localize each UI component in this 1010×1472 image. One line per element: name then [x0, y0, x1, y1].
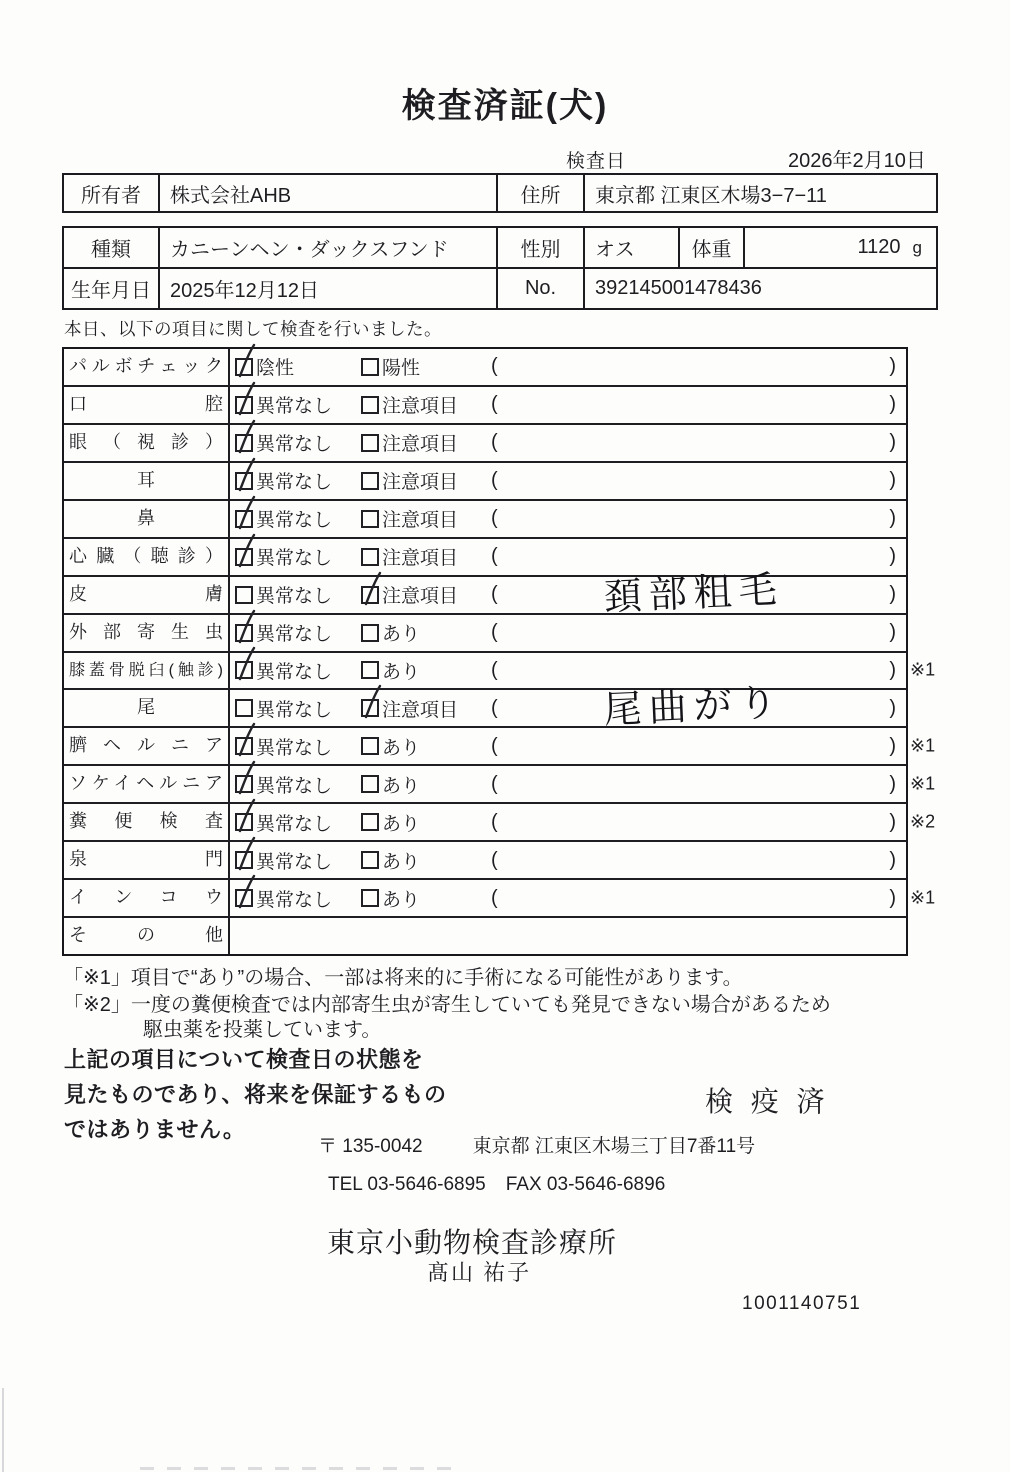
reference-mark: ※2: [906, 812, 950, 833]
option2-label: 注意項目: [382, 429, 458, 456]
paren-close: ): [889, 545, 896, 568]
option2-checkbox[interactable]: [361, 472, 379, 490]
option2-checkbox[interactable]: [361, 358, 379, 376]
option2-group: あり: [361, 657, 491, 684]
option2-label: 注意項目: [382, 543, 458, 570]
paren-open: (: [491, 507, 498, 530]
exam-table: パルボチェック陰性陽性()口腔異常なし注意項目()眼（視診）異常なし注意項目()…: [62, 347, 908, 956]
option2-group: 注意項目: [361, 505, 491, 532]
exam-row-body: 異常なし注意項目(): [230, 501, 906, 537]
owner-label: 所有者: [64, 175, 160, 211]
exam-row-body: 異常なしあり(): [230, 880, 906, 916]
handwritten-note: [498, 660, 889, 677]
handwritten-note: 尾曲がり: [497, 683, 890, 730]
clinic-fax: FAX 03-5646-6896: [506, 1174, 666, 1196]
handwritten-check-icon: [234, 839, 258, 873]
option1-group: 陰性: [235, 353, 361, 380]
handwritten-check-icon: [360, 574, 384, 608]
inspection-date-label: 検査日: [566, 146, 626, 173]
owner-address: 東京都 江東区木場3−7−11: [585, 175, 936, 211]
reference-mark: ※1: [906, 888, 950, 909]
owner-table: 所有者 株式会社AHB 住所 東京都 江東区木場3−7−11: [62, 173, 938, 213]
option1-label: 異常なし: [256, 429, 332, 456]
handwritten-check-icon: [234, 801, 258, 835]
option1-checkbox-checked[interactable]: [235, 889, 253, 907]
option1-label: 異常なし: [256, 695, 332, 722]
exam-row-body: 異常なしあり(): [230, 728, 906, 764]
handwritten-check-icon: [234, 346, 258, 380]
exam-item-label: 外部寄生虫: [64, 615, 230, 651]
option1-group: 異常なし: [235, 391, 361, 418]
exam-item-label: インコウ: [64, 880, 230, 916]
clinic-address-line: 〒 135-0042 東京都 江東区木場三丁目7番11号: [318, 1131, 755, 1158]
exam-item-label: 心臓（聴診）: [64, 539, 230, 575]
option2-label: 注意項目: [382, 505, 458, 532]
option2-group: あり: [361, 771, 491, 798]
handwritten-check-icon: [234, 460, 258, 494]
exam-row-body: 異常なしあり(): [230, 653, 906, 689]
option1-checkbox-checked[interactable]: [235, 661, 253, 679]
exam-row: 皮膚異常なし注意項目(頚部粗毛): [64, 575, 906, 613]
paren-open: (: [491, 849, 498, 872]
option1-checkbox-checked[interactable]: [235, 510, 253, 528]
exam-item-label: 泉門: [64, 842, 230, 878]
option2-checkbox[interactable]: [361, 775, 379, 793]
option1-group: 異常なし: [235, 467, 361, 494]
handwritten-note: [498, 888, 889, 905]
exam-row-body: 異常なしあり(): [230, 842, 906, 878]
option2-checkbox[interactable]: [361, 548, 379, 566]
option1-group: 異常なし: [235, 885, 361, 912]
inspection-date-value: 2026年2月10日: [788, 144, 926, 173]
option2-checkbox[interactable]: [361, 851, 379, 869]
paren-open: (: [491, 621, 498, 644]
handwritten-note: [498, 774, 889, 791]
birthdate-value: 2025年12月12日: [160, 269, 498, 308]
option2-checkbox[interactable]: [361, 737, 379, 755]
option2-label: あり: [382, 771, 420, 798]
option1-group: 異常なし: [235, 429, 361, 456]
paren-open: (: [491, 735, 498, 758]
option2-group: 陽性: [361, 353, 491, 380]
option2-label: あり: [382, 733, 420, 760]
option2-group: あり: [361, 733, 491, 760]
handwritten-check-icon: [234, 498, 258, 532]
serial-number: 1001140751: [742, 1293, 861, 1315]
option1-group: 異常なし: [235, 581, 361, 608]
option1-label: 異常なし: [256, 505, 332, 532]
paren-open: (: [491, 393, 498, 416]
handwritten-note: [498, 812, 889, 829]
option1-checkbox-checked[interactable]: [235, 358, 253, 376]
footnote-ref1: 「※1」項目で“あり”の場合、一部は将来的に手術になる可能性があります。: [63, 961, 743, 990]
species-value: カニーンヘン・ダックスフンド: [160, 228, 498, 267]
exam-row: 泉門異常なしあり(): [64, 840, 906, 878]
disclaimer-line2: 見たものであり、将来を保証するもの: [64, 1077, 447, 1112]
footnote-ref2-cont: 駆虫薬を投薬しています。: [143, 1013, 381, 1042]
option1-group: 異常なし: [235, 771, 361, 798]
option2-group: 注意項目: [361, 429, 491, 456]
paren-open: (: [491, 545, 498, 568]
option1-label: 異常なし: [256, 619, 332, 646]
option2-group: あり: [361, 847, 491, 874]
exam-item-label: ソケイヘルニア: [64, 766, 230, 802]
handwritten-note: [498, 850, 889, 867]
handwritten-note: 頚部粗毛: [497, 569, 890, 616]
option2-group: 注意項目: [361, 467, 491, 494]
exam-row: その他: [64, 916, 906, 954]
option1-checkbox[interactable]: [235, 699, 253, 717]
option1-label: 異常なし: [256, 657, 332, 684]
paren-close: ): [889, 431, 896, 454]
handwritten-check-icon: [234, 763, 258, 797]
option2-group: あり: [361, 619, 491, 646]
exam-item-label: 尾: [64, 690, 230, 726]
option2-label: あり: [382, 847, 420, 874]
exam-row: パルボチェック陰性陽性(): [64, 349, 906, 385]
option2-label: 注意項目: [382, 391, 458, 418]
exam-item-label: 口腔: [64, 387, 230, 423]
scan-bottom-artifact: [140, 1467, 460, 1470]
exam-row-body: 異常なし注意項目(): [230, 387, 906, 423]
option2-checkbox-checked[interactable]: [361, 586, 379, 604]
exam-item-label: パルボチェック: [64, 349, 230, 385]
exam-row: 糞便検査異常なしあり()※2: [64, 802, 906, 840]
option2-label: 陽性: [382, 353, 420, 380]
option2-label: あり: [382, 619, 420, 646]
paren-close: ): [889, 507, 896, 530]
option1-checkbox-checked[interactable]: [235, 548, 253, 566]
exam-item-label: 臍ヘルニア: [64, 728, 230, 764]
option2-label: あり: [382, 809, 420, 836]
reference-mark: ※1: [906, 774, 950, 795]
sex-label: 性別: [498, 228, 585, 267]
option2-checkbox-checked[interactable]: [361, 699, 379, 717]
paren-close: ): [889, 621, 896, 644]
option1-group: 異常なし: [235, 543, 361, 570]
quarantine-stamp: 検 疫 済: [705, 1080, 830, 1120]
clinic-tel: TEL 03-5646-6895: [328, 1174, 486, 1196]
paren-open: (: [491, 773, 498, 796]
clinic-postal-code: 〒 135-0042: [318, 1131, 423, 1158]
weight-cell: 1120 g: [745, 228, 936, 267]
exam-row: 尾異常なし注意項目(尾曲がり): [64, 688, 906, 726]
option2-label: 注意項目: [382, 695, 458, 722]
weight-unit: g: [913, 238, 922, 258]
handwritten-note: [498, 470, 889, 487]
exam-item-label: 眼（視診）: [64, 425, 230, 461]
paren-open: (: [491, 469, 498, 492]
option2-group: あり: [361, 885, 491, 912]
handwritten-note: [498, 622, 889, 639]
paren-close: ): [889, 697, 896, 720]
handwritten-note: [498, 546, 889, 563]
exam-row: 鼻異常なし注意項目(): [64, 499, 906, 537]
option1-checkbox-checked[interactable]: [235, 775, 253, 793]
exam-item-label: 皮膚: [64, 577, 230, 613]
exam-row-body: 異常なしあり(): [230, 804, 906, 840]
option1-label: 異常なし: [256, 847, 332, 874]
option2-group: 注意項目: [361, 581, 491, 608]
paren-close: ): [889, 583, 896, 606]
option2-checkbox[interactable]: [361, 661, 379, 679]
clinic-tel-line: TEL 03-5646-6895 FAX 03-5646-6896: [328, 1174, 665, 1196]
option1-label: 異常なし: [256, 885, 332, 912]
option2-label: 注意項目: [382, 581, 458, 608]
exam-row: インコウ異常なしあり()※1: [64, 878, 906, 916]
option1-label: 異常なし: [256, 733, 332, 760]
page-title: 検査済証(犬): [0, 78, 1010, 127]
option1-checkbox-checked[interactable]: [235, 851, 253, 869]
exam-item-label: 耳: [64, 463, 230, 499]
certificate-page: 検査済証(犬) 検査日 2026年2月10日 所有者 株式会社AHB 住所 東京…: [0, 0, 1010, 1472]
clinic-name: 東京小動物検査診療所: [327, 1221, 617, 1261]
option2-label: あり: [382, 657, 420, 684]
owner-name: 株式会社AHB: [160, 175, 498, 211]
exam-row-body: 異常なし注意項目(尾曲がり): [230, 690, 906, 726]
handwritten-check-icon: [234, 384, 258, 418]
paren-close: ): [889, 469, 896, 492]
paren-close: ): [889, 887, 896, 910]
option1-label: 異常なし: [256, 581, 332, 608]
clinic-address: 東京都 江東区木場三丁目7番11号: [473, 1131, 756, 1158]
exam-row-body: 異常なし注意項目(): [230, 539, 906, 575]
option2-group: 注意項目: [361, 695, 491, 722]
exam-item-label: 膝蓋骨脱臼(触診): [64, 653, 230, 689]
exam-row-body: 異常なし注意項目(): [230, 463, 906, 499]
paren-open: (: [491, 431, 498, 454]
option2-checkbox[interactable]: [361, 434, 379, 452]
paren-open: (: [491, 659, 498, 682]
weight-label: 体重: [680, 228, 745, 267]
sex-value: オス: [585, 228, 680, 267]
option1-group: 異常なし: [235, 619, 361, 646]
birthdate-label: 生年月日: [64, 269, 160, 308]
disclaimer-line1: 上記の項目について検査日の状態を: [64, 1042, 447, 1077]
handwritten-check-icon: [360, 687, 384, 721]
pet-table: 種類 カニーンヘン・ダックスフンド 性別 オス 体重 1120 g 生年月日 2…: [62, 226, 938, 310]
option1-checkbox-checked[interactable]: [235, 624, 253, 642]
weight-value: 1120: [858, 236, 901, 259]
veterinarian-name: 髙山 祐子: [427, 1256, 531, 1287]
paren-close: ): [889, 773, 896, 796]
option2-checkbox[interactable]: [361, 889, 379, 907]
exam-row-body: 異常なしあり(): [230, 766, 906, 802]
option1-group: 異常なし: [235, 809, 361, 836]
number-label: No.: [498, 269, 585, 308]
exam-row: 耳異常なし注意項目(): [64, 461, 906, 499]
handwritten-check-icon: [234, 725, 258, 759]
exam-item-label: その他: [64, 918, 230, 954]
exam-item-label: 糞便検査: [64, 804, 230, 840]
scan-edge-artifact: [2, 1388, 4, 1472]
option2-group: あり: [361, 809, 491, 836]
handwritten-note: [498, 394, 889, 411]
exam-row-body: 陰性陽性(): [230, 349, 906, 385]
option1-checkbox-checked[interactable]: [235, 737, 253, 755]
paren-close: ): [889, 849, 896, 872]
paren-open: (: [491, 811, 498, 834]
option1-checkbox-checked[interactable]: [235, 396, 253, 414]
option2-checkbox[interactable]: [361, 396, 379, 414]
option1-label: 異常なし: [256, 809, 332, 836]
handwritten-note: [498, 736, 889, 753]
paren-close: ): [889, 355, 896, 378]
exam-row: 眼（視診）異常なし注意項目(): [64, 423, 906, 461]
option2-group: 注意項目: [361, 543, 491, 570]
exam-item-label: 鼻: [64, 501, 230, 537]
handwritten-check-icon: [234, 612, 258, 646]
exam-row: 臍ヘルニア異常なしあり()※1: [64, 726, 906, 764]
exam-row: 口腔異常なし注意項目(): [64, 385, 906, 423]
intro-sentence: 本日、以下の項目に関して検査を行いました。: [64, 316, 442, 341]
handwritten-check-icon: [234, 649, 258, 683]
option1-label: 異常なし: [256, 771, 332, 798]
exam-row-body: 異常なしあり(): [230, 615, 906, 651]
paren-close: ): [889, 735, 896, 758]
paren-open: (: [491, 887, 498, 910]
species-row: 種類 カニーンヘン・ダックスフンド 性別 オス 体重 1120 g: [64, 228, 936, 267]
spacer: [437, 1131, 459, 1158]
handwritten-check-icon: [234, 422, 258, 456]
handwritten-note: [498, 432, 889, 449]
birthdate-row: 生年月日 2025年12月12日 No. 392145001478436: [64, 267, 936, 308]
exam-row: 外部寄生虫異常なしあり(): [64, 613, 906, 651]
exam-row: ソケイヘルニア異常なしあり()※1: [64, 764, 906, 802]
option1-group: 異常なし: [235, 505, 361, 532]
option1-group: 異常なし: [235, 695, 361, 722]
option2-checkbox[interactable]: [361, 813, 379, 831]
paren-open: (: [491, 355, 498, 378]
option1-group: 異常なし: [235, 847, 361, 874]
exam-row-body: [230, 918, 906, 954]
exam-row-body: 異常なし注意項目(): [230, 425, 906, 461]
option1-label: 異常なし: [256, 391, 332, 418]
option1-checkbox[interactable]: [235, 586, 253, 604]
reference-mark: ※1: [906, 736, 950, 757]
handwritten-check-icon: [234, 536, 258, 570]
handwritten-check-icon: [234, 877, 258, 911]
paren-close: ): [889, 659, 896, 682]
number-value: 392145001478436: [585, 269, 936, 308]
species-label: 種類: [64, 228, 160, 267]
option1-checkbox-checked[interactable]: [235, 813, 253, 831]
option1-label: 異常なし: [256, 543, 332, 570]
paren-close: ): [889, 811, 896, 834]
owner-row: 所有者 株式会社AHB 住所 東京都 江東区木場3−7−11: [64, 175, 936, 211]
option2-label: 注意項目: [382, 467, 458, 494]
option2-label: あり: [382, 885, 420, 912]
reference-mark: ※1: [906, 660, 950, 681]
option1-checkbox-checked[interactable]: [235, 472, 253, 490]
option1-group: 異常なし: [235, 733, 361, 760]
handwritten-note: [498, 356, 889, 373]
paren-close: ): [889, 393, 896, 416]
option2-checkbox[interactable]: [361, 510, 379, 528]
option2-checkbox[interactable]: [361, 624, 379, 642]
option1-checkbox-checked[interactable]: [235, 434, 253, 452]
option2-group: 注意項目: [361, 391, 491, 418]
option1-label: 陰性: [256, 353, 294, 380]
exam-row-body: 異常なし注意項目(頚部粗毛): [230, 577, 906, 613]
option1-label: 異常なし: [256, 467, 332, 494]
handwritten-note: [498, 508, 889, 525]
owner-address-label: 住所: [498, 175, 585, 211]
option1-group: 異常なし: [235, 657, 361, 684]
